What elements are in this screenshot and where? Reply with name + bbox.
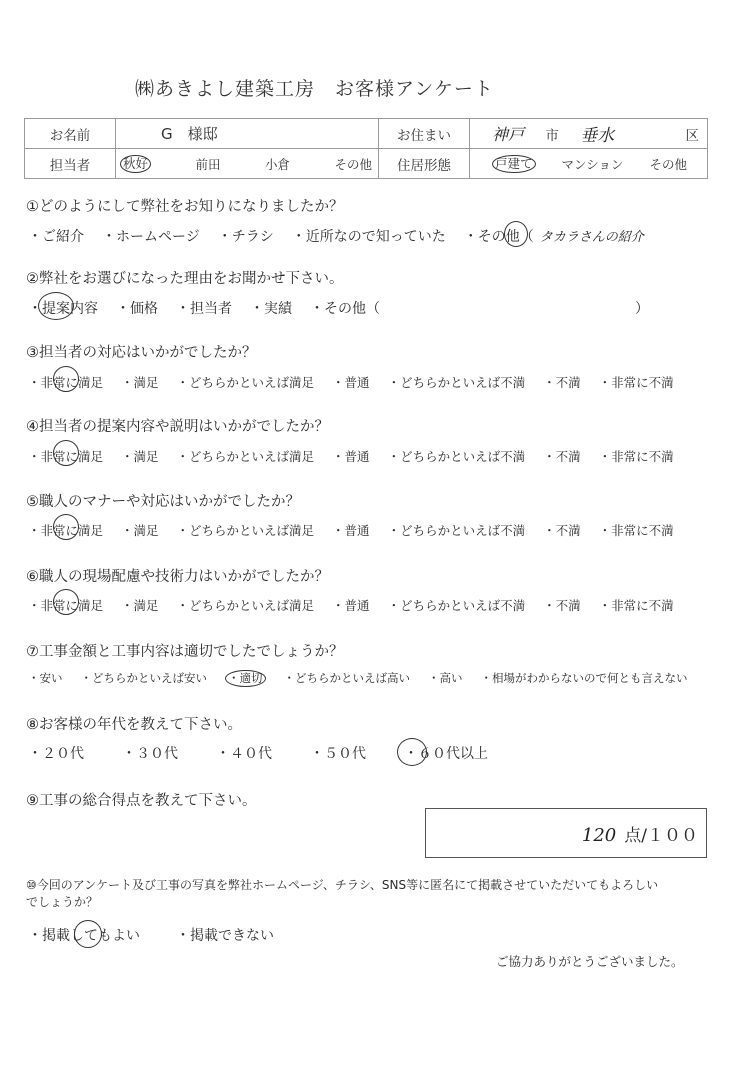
q5-option-somewhat-dissatisfied[interactable]: ・どちらかといえば不満 [388,521,526,539]
q1-selection-mark [504,221,528,247]
question-10: ⑩今回のアンケート及び工事の写真を弊社ホームページ、チラシ、SNS等に匿名にて掲… [26,877,666,911]
q4-option-somewhat-dissatisfied[interactable]: ・どちらかといえば不満 [388,447,526,465]
score-value: 120点/１００ [582,821,698,846]
name-label: お名前 [25,119,116,149]
q1-option-homepage[interactable]: ・ホームページ [102,226,200,246]
q6-option-very-dissatisfied[interactable]: ・非常に不満 [599,596,674,614]
q6-option-neutral[interactable]: ・普通 [332,596,370,614]
ward-suffix: 区 [686,124,700,144]
q1-option-flyer[interactable]: ・チラシ [218,226,274,246]
q1-option-referral[interactable]: ・ご紹介 [28,226,84,246]
question-7-options: ・安い ・どちらかといえば安い ・適切 ・どちらかといえば高い ・高い ・相場が… [28,670,706,687]
q2-close-paren: ） [635,298,649,318]
q2-option-other[interactable]: ・その他（ [310,298,380,318]
q2-option-staff[interactable]: ・担当者 [176,298,232,318]
q2-option-price[interactable]: ・価格 [116,298,158,318]
q8-option-20s[interactable]: ・２０代 [28,743,84,763]
thanks-message: ご協力ありがとうございました。 [496,952,684,970]
customer-info-table: お名前 G 様邸 お住まい 神戸 市 垂水 区 担当者 秋好 前田 小倉 その他… [24,118,708,179]
q3-option-satisfied[interactable]: ・満足 [121,373,159,391]
q5-option-dissatisfied[interactable]: ・不満 [543,521,581,539]
q6-option-satisfied[interactable]: ・満足 [121,596,159,614]
q3-selection-mark [53,366,79,392]
q1-other-note[interactable]: タカラさんの紹介 [540,226,644,246]
q5-selection-mark [53,514,79,540]
housing-options: 戸建て マンション その他 [470,149,708,179]
q6-option-dissatisfied[interactable]: ・不満 [543,596,581,614]
housing-option-other[interactable]: その他 [649,155,687,173]
score-unit: 点/１００ [624,826,698,846]
staff-label: 担当者 [25,149,116,179]
question-6: ⑥職人の現場配慮や技術力はいかがでしたか？ [26,565,329,586]
q7-option-somewhat-expensive[interactable]: ・どちらかといえば高い [284,670,411,687]
q6-selection-mark [53,589,79,615]
question-4: ④担当者の提案内容や説明はいかがでしたか？ [26,415,329,436]
name-value[interactable]: G 様邸 [116,119,379,149]
question-8-options: ・２０代 ・３０代 ・４０代 ・５０代 ・６０代以上 [28,743,506,763]
q3-option-somewhat-satisfied[interactable]: ・どちらかといえば満足 [177,373,315,391]
q7-option-cheap[interactable]: ・安い [28,670,63,687]
q10-option-deny[interactable]: ・掲載できない [176,925,274,945]
q5-option-satisfied[interactable]: ・満足 [121,521,159,539]
staff-option-ogura[interactable]: 小倉 [265,155,290,173]
question-3-options: ・非常に満足 ・満足 ・どちらかといえば満足 ・普通 ・どちらかといえば不満 ・… [28,373,692,391]
q8-option-30s[interactable]: ・３０代 [122,743,178,763]
question-10-options: ・掲載してもよい ・掲載できない [28,925,292,945]
address-field[interactable]: 神戸 市 垂水 区 [470,119,708,149]
address-ward: 垂水 [580,121,614,146]
housing-option-mansion[interactable]: マンション [562,155,624,173]
housing-label: 住居形態 [379,149,470,179]
q4-option-satisfied[interactable]: ・満足 [121,447,159,465]
question-2: ②弊社をお選びになった理由をお聞かせ下さい。 [26,267,344,288]
q7-option-somewhat-cheap[interactable]: ・どちらかといえば安い [81,670,208,687]
q6-option-somewhat-satisfied[interactable]: ・どちらかといえば満足 [177,596,315,614]
question-6-options: ・非常に満足 ・満足 ・どちらかといえば満足 ・普通 ・どちらかといえば不満 ・… [28,596,692,614]
q7-option-expensive[interactable]: ・高い [428,670,463,687]
q3-option-neutral[interactable]: ・普通 [332,373,370,391]
q3-option-somewhat-dissatisfied[interactable]: ・どちらかといえば不満 [388,373,526,391]
q10-selection-mark [74,920,102,948]
q2-option-track-record[interactable]: ・実績 [250,298,292,318]
q5-option-very-dissatisfied[interactable]: ・非常に不満 [599,521,674,539]
staff-option-maeda[interactable]: 前田 [195,155,220,173]
q8-option-40s[interactable]: ・４０代 [216,743,272,763]
question-4-options: ・非常に満足 ・満足 ・どちらかといえば満足 ・普通 ・どちらかといえば不満 ・… [28,447,692,465]
housing-option-detached[interactable]: 戸建て [492,155,536,173]
q8-option-50s[interactable]: ・５０代 [310,743,366,763]
staff-option-akiyoshi[interactable]: 秋好 [120,155,151,173]
question-8: ⑧お客様の年代を教えて下さい。 [26,713,242,734]
q5-option-somewhat-satisfied[interactable]: ・どちらかといえば満足 [177,521,315,539]
question-1: ①どのようにして弊社をお知りになりましたか？ [26,195,344,216]
question-5-options: ・非常に満足 ・満足 ・どちらかといえば満足 ・普通 ・どちらかといえば不満 ・… [28,521,692,539]
q7-option-unsure[interactable]: ・相場がわからないので何とも言えない [481,670,688,687]
q8-selection-mark [397,738,427,766]
q3-option-dissatisfied[interactable]: ・不満 [543,373,581,391]
question-7: ⑦工事金額と工事内容は適切でしたでしょうか？ [26,640,344,661]
q1-option-nearby[interactable]: ・近所なので知っていた [292,226,446,246]
q4-option-dissatisfied[interactable]: ・不満 [543,447,581,465]
question-2-options: ・提案内容 ・価格 ・担当者 ・実績 ・その他（ ） [28,298,649,318]
q2-selection-mark [38,292,74,320]
city-suffix: 市 [545,124,559,144]
question-5: ⑤職人のマナーや対応はいかがでしたか？ [26,490,300,511]
q4-option-somewhat-satisfied[interactable]: ・どちらかといえば満足 [177,447,315,465]
question-9: ⑨工事の総合得点を教えて下さい。 [26,789,257,810]
page-title: ㈱あきよし建築工房 お客様アンケート [135,74,494,101]
q4-selection-mark [53,440,79,466]
score-handwritten: 120 [582,825,616,846]
q7-option-appropriate[interactable]: ・適切 [225,670,266,687]
q4-option-neutral[interactable]: ・普通 [332,447,370,465]
q3-option-very-dissatisfied[interactable]: ・非常に不満 [599,373,674,391]
address-label: お住まい [379,119,470,149]
staff-options: 秋好 前田 小倉 その他 [116,149,379,179]
q4-option-very-dissatisfied[interactable]: ・非常に不満 [599,447,674,465]
score-box[interactable]: 120点/１００ [425,808,707,858]
question-3: ③担当者の対応はいかがでしたか？ [26,341,257,362]
q5-option-neutral[interactable]: ・普通 [332,521,370,539]
q6-option-somewhat-dissatisfied[interactable]: ・どちらかといえば不満 [388,596,526,614]
question-1-options: ・ご紹介 ・ホームページ ・チラシ ・近所なので知っていた ・その他（ タカラさ… [28,226,644,246]
address-city: 神戸 [492,122,524,145]
staff-option-other[interactable]: その他 [334,155,372,173]
